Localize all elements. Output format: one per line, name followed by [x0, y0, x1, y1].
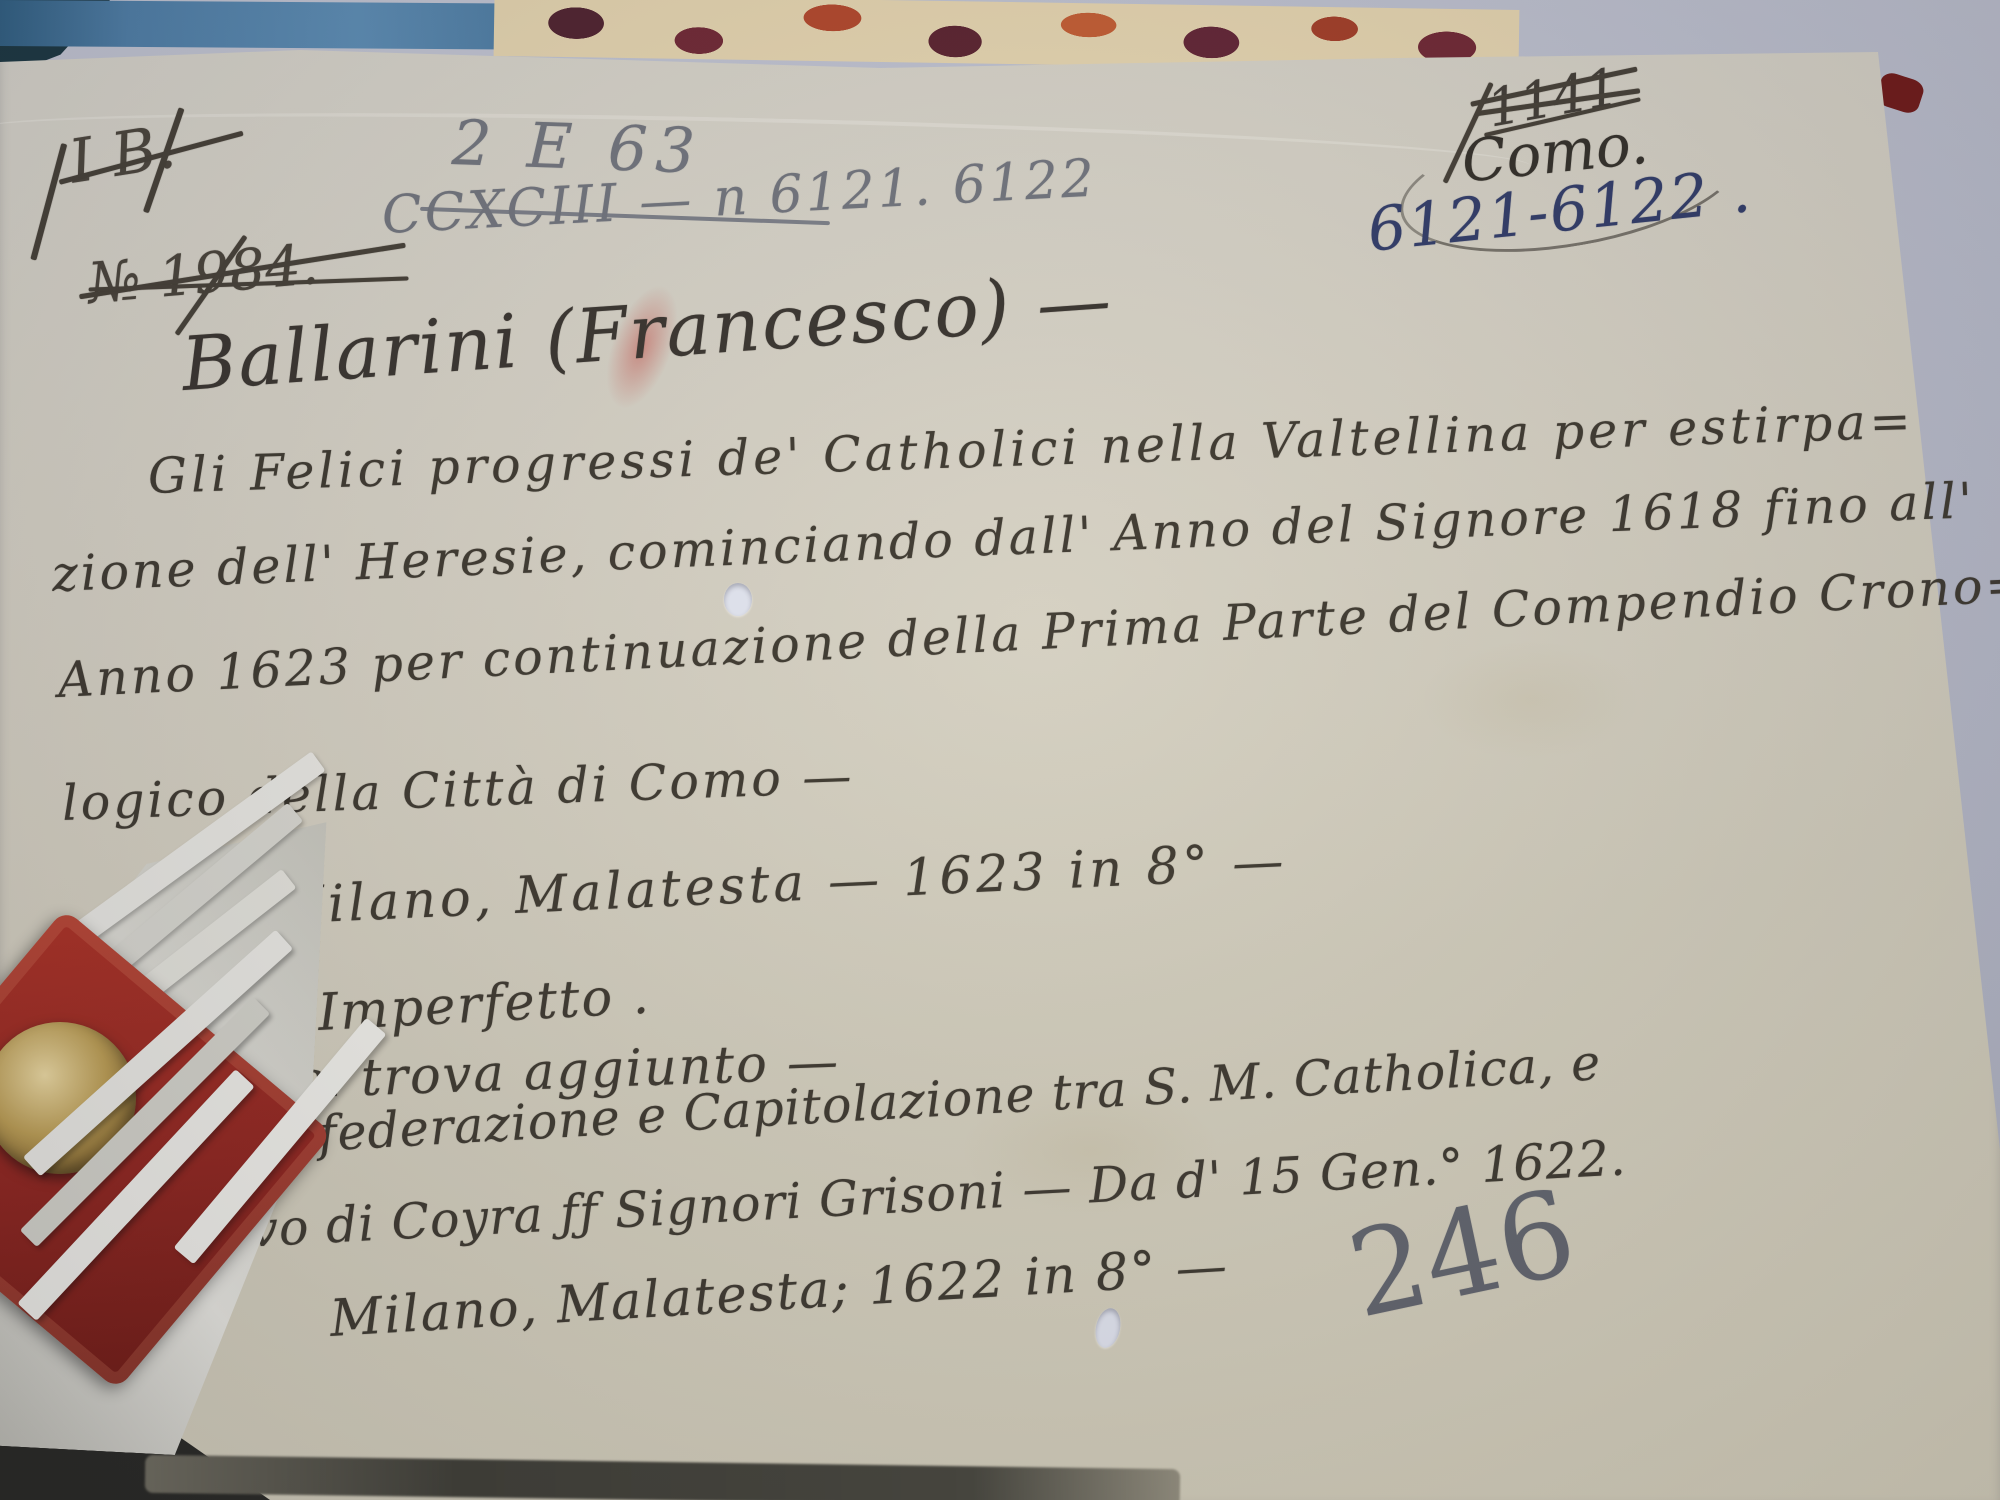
blue-ribbon: [0, 0, 512, 50]
punch-hole: [724, 583, 752, 616]
photograph-of-archive-card: I B. № 1984. 2 E 63 CCXCIII — n 6121. 61…: [0, 0, 2000, 1500]
paper-stain: [1420, 640, 1640, 760]
